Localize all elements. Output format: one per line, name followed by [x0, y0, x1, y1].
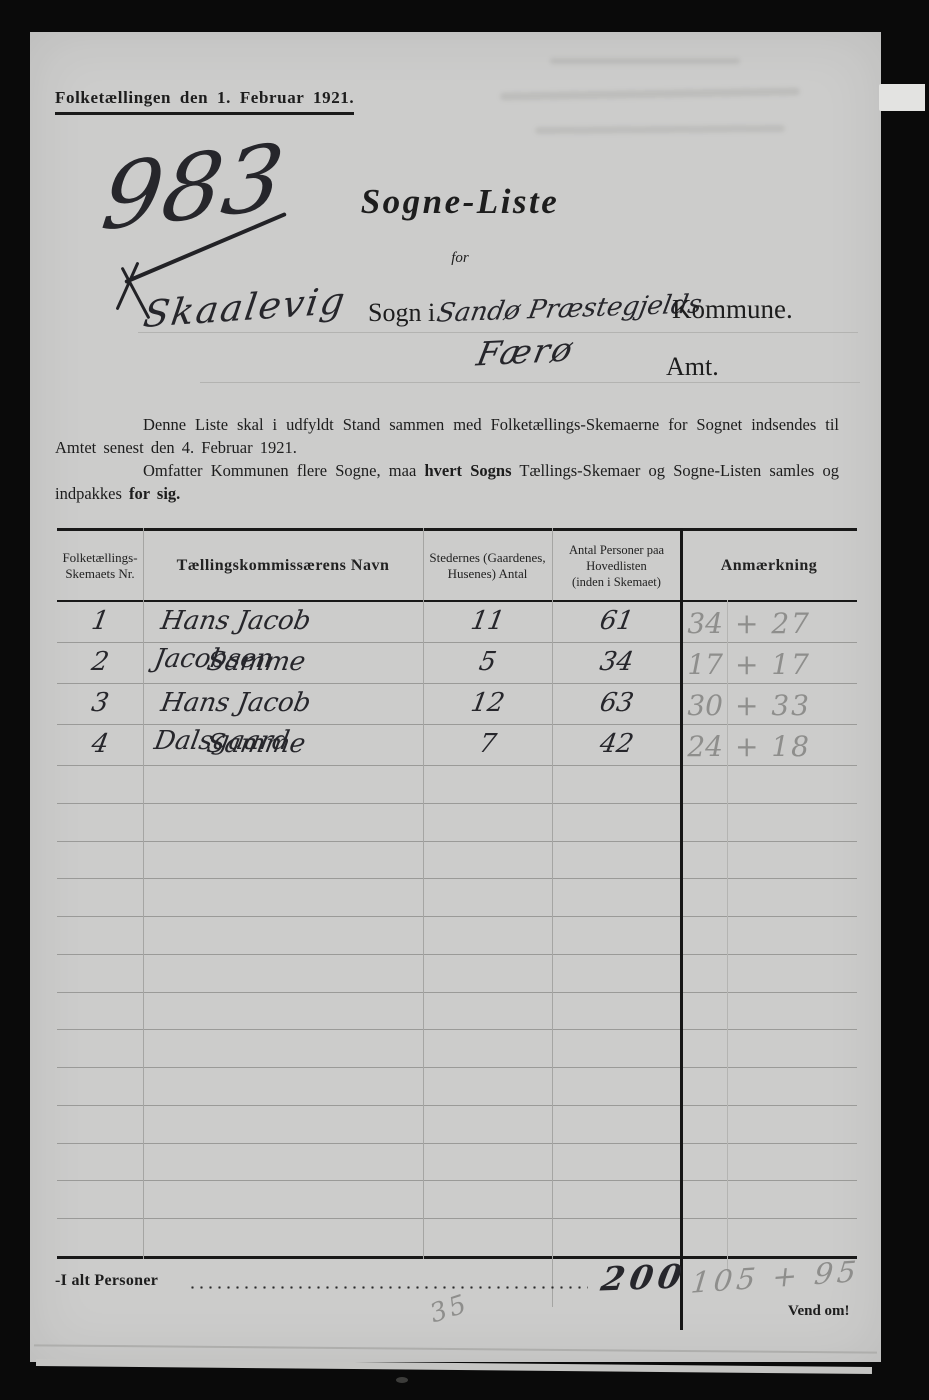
cell-kommissaer-navn: Hans Jacob Dalsgaard	[139, 684, 426, 724]
dotted-leader	[188, 1286, 588, 1289]
anmaerkning-added-number: + 27	[735, 606, 811, 642]
table-row-empty	[57, 879, 857, 917]
cell-kommissaer-navn: Samme	[139, 643, 426, 683]
bleed-through-artifact	[500, 87, 800, 100]
anmaerkning-first-number: 17	[681, 647, 723, 683]
column-divider	[423, 528, 424, 1259]
printed-sogn-label: Sogn i	[368, 298, 435, 328]
cell-skema-nr: 3	[53, 684, 146, 724]
form-number-handwritten: 983	[97, 132, 288, 245]
handwritten-parish-name: Sandø Præstegjelds	[434, 289, 704, 328]
anmaerkning-first-number: 30	[681, 688, 723, 724]
table-row-empty	[57, 917, 857, 955]
table-header-row: Folketællings- Skemaets Nr. Tællingskomm…	[57, 531, 857, 602]
census-table: Folketællings- Skemaets Nr. Tællingskomm…	[57, 528, 857, 1259]
table-row-empty	[57, 1106, 857, 1144]
cell-antal-personer: 63	[548, 684, 684, 724]
table-row: 1Hans Jacob Jacobsen116134+ 27	[57, 602, 857, 643]
table-row: 4Samme74224+ 18	[57, 725, 857, 766]
printed-kommune-label: Kommune.	[672, 294, 793, 325]
column-divider	[552, 528, 553, 1307]
table-body: 1Hans Jacob Jacobsen116134+ 272Samme5341…	[57, 602, 857, 1256]
instructions-text: Denne Liste skal i udfyldt Stand sammen …	[55, 413, 839, 505]
table-row-empty	[57, 1219, 857, 1256]
cell-skema-nr: 4	[53, 725, 146, 765]
table-row-empty	[57, 804, 857, 842]
pencil-column-divider	[727, 600, 728, 1272]
table-row-empty	[57, 1068, 857, 1106]
cell-anmaerkning: 34+ 27	[681, 602, 857, 642]
column-divider	[143, 528, 144, 1259]
printed-amt-label: Amt.	[666, 352, 719, 382]
table-row: 3Hans Jacob Dalsgaard126330+ 33	[57, 684, 857, 725]
table-row-empty	[57, 955, 857, 993]
thick-column-divider	[680, 528, 683, 1330]
total-persons-ink: 200	[598, 1257, 689, 1299]
cell-skema-nr: 1	[53, 602, 146, 642]
anmaerkning-first-number: 24	[681, 729, 723, 765]
column-header-anmaerkning: Anmærkning	[681, 531, 857, 600]
column-header-stedernes-antal: Stedernes (Gaardenes, Husenes) Antal	[423, 531, 552, 600]
turn-over-label: Vend om!	[788, 1303, 850, 1320]
paper-sheet: Folketællingen den 1. Februar 1921. 983 …	[30, 32, 881, 1362]
instructions-paragraph-1: Denne Liste skal i udfyldt Stand sammen …	[55, 413, 839, 459]
column-header-skema-nr: Folketællings- Skemaets Nr.	[57, 531, 143, 600]
cell-antal-personer: 61	[548, 602, 684, 642]
total-label: -I alt Personer	[55, 1272, 158, 1290]
column-header-antal-personer: Antal Personer paa Hovedlisten (inden i …	[552, 531, 681, 600]
bleed-through-artifact	[550, 58, 740, 64]
handwritten-amt-name: Færø	[474, 330, 578, 374]
instructions-paragraph-2: Omfatter Kommunen flere Sogne, maa hvert…	[55, 459, 839, 505]
fill-line	[200, 382, 860, 383]
table-row-empty	[57, 1144, 857, 1182]
table-row-empty	[57, 1181, 857, 1219]
for-label: for	[310, 250, 610, 267]
cell-stedernes-antal: 5	[419, 643, 555, 683]
cell-kommissaer-navn: Hans Jacob Jacobsen	[139, 602, 426, 642]
table-row-empty	[57, 766, 857, 804]
cell-kommissaer-navn: Samme	[139, 725, 426, 765]
table-row-empty	[57, 993, 857, 1031]
scan-artifact	[879, 84, 925, 111]
cell-anmaerkning: 24+ 18	[681, 725, 857, 765]
pen-tick-stroke	[116, 262, 140, 311]
scanned-census-form: Folketællingen den 1. Februar 1921. 983 …	[0, 0, 929, 1400]
column-header-navn: Tællingskommissærens Navn	[143, 531, 423, 600]
anmaerkning-added-number: + 17	[735, 647, 811, 683]
table-row-empty	[57, 842, 857, 880]
cell-antal-personer: 42	[548, 725, 684, 765]
cell-antal-personer: 34	[548, 643, 684, 683]
anmaerkning-added-number: + 18	[735, 729, 811, 765]
cell-skema-nr: 2	[53, 643, 146, 683]
scan-artifact	[396, 1377, 408, 1383]
page-title: Sogne-Liste	[310, 182, 610, 222]
table-row-empty	[57, 1030, 857, 1068]
anmaerkning-added-number: + 33	[735, 688, 811, 724]
bleed-through-artifact	[535, 125, 785, 134]
cell-stedernes-antal: 7	[419, 725, 555, 765]
cell-stedernes-antal: 11	[419, 602, 555, 642]
cell-anmaerkning: 30+ 33	[681, 684, 857, 724]
table-row: 2Samme53417+ 17	[57, 643, 857, 684]
cell-stedernes-antal: 12	[419, 684, 555, 724]
cell-anmaerkning: 17+ 17	[681, 643, 857, 683]
census-header: Folketællingen den 1. Februar 1921.	[55, 88, 354, 115]
total-persons-pencil: 105 + 95	[689, 1254, 861, 1300]
pencil-note: 35	[426, 1289, 472, 1330]
anmaerkning-first-number: 34	[681, 606, 723, 642]
handwritten-sogn-name: Skaalevig	[141, 279, 350, 336]
sheet-edge-artifact	[34, 1344, 877, 1353]
